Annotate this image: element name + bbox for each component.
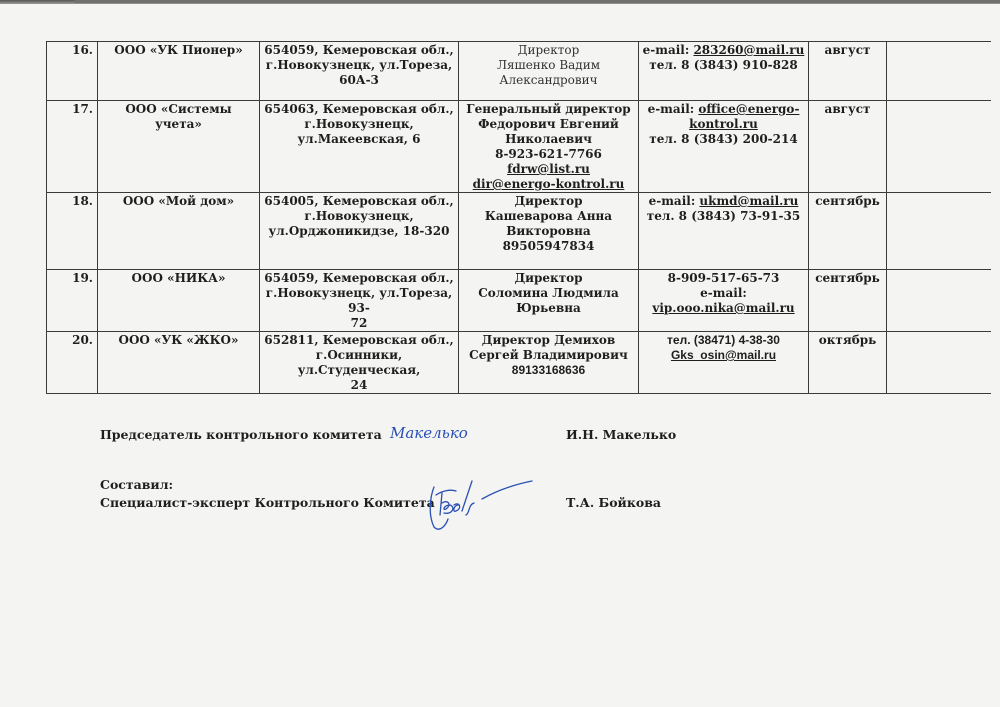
director-line: Директор Демихов (462, 333, 635, 348)
contacts-cell: e-mail: ukmd@mail.ruтел. 8 (3843) 73-91-… (639, 193, 809, 270)
contacts-cell: e-mail: office@energo-kontrol.ruтел. 8 (… (639, 101, 809, 193)
organization-name: ООО «УК Пионер» (98, 42, 260, 101)
compiled-label: Составил: (100, 477, 173, 492)
chairman-name: И.Н. Макелько (566, 427, 676, 442)
director-email-link[interactable]: dir@energo-kontrol.ru (462, 177, 635, 192)
chairman-title: Председатель контрольного комитета (100, 427, 382, 442)
inspection-month: август (809, 101, 887, 193)
phone-text: тел. 8 (3843) 73-91-35 (647, 209, 800, 223)
address-cell: 654059, Кемеровская обл.,г.Новокузнецк, … (260, 270, 459, 332)
contact-line: тел. 8 (3843) 910-828 (642, 58, 805, 73)
email-link[interactable]: vip.ooo.nika@mail.ru (652, 301, 794, 315)
contact-line: тел. 8 (3843) 200-214 (642, 132, 805, 147)
address-line: г.Новокузнецк, (263, 117, 455, 132)
phone-text: 8-909-517-65-73 (668, 271, 780, 285)
contact-line: kontrol.ru (642, 117, 805, 132)
address-line: г.Осинники, ул.Студенческая, (263, 348, 455, 378)
table-row: 20.ООО «УК «ЖКО»652811, Кемеровская обл.… (47, 332, 991, 394)
inspection-month: сентябрь (809, 193, 887, 270)
inspection-month: сентябрь (809, 270, 887, 332)
table-row: 18.ООО «Мой дом»654005, Кемеровская обл.… (47, 193, 991, 270)
empty-cell (887, 193, 991, 270)
row-number: 20. (47, 332, 98, 394)
address-line: 654063, Кемеровская обл., (263, 102, 455, 117)
row-number: 18. (47, 193, 98, 270)
empty-cell (887, 332, 991, 394)
director-line: Ляшенко Вадим (462, 58, 635, 73)
contact-line: 8-909-517-65-73 (642, 271, 805, 286)
director-cell: ДиректорСоломина ЛюдмилаЮрьевна (459, 270, 639, 332)
email-link[interactable]: kontrol.ru (689, 117, 758, 131)
address-line: 654059, Кемеровская обл., (263, 271, 455, 286)
director-cell: Генеральный директорФедорович ЕвгенийНик… (459, 101, 639, 193)
address-line: г.Новокузнецк, ул.Тореза, 93- (263, 286, 455, 316)
organization-name: ООО «УК «ЖКО» (98, 332, 260, 394)
address-cell: 654063, Кемеровская обл.,г.Новокузнецк,у… (260, 101, 459, 193)
specialist-name: Т.А. Бойкова (566, 495, 661, 510)
row-number: 17. (47, 101, 98, 193)
email-prefix: e-mail: (648, 102, 699, 116)
director-line: Сергей Владимирович (462, 348, 635, 363)
empty-cell (887, 101, 991, 193)
director-line: Федорович Евгений (462, 117, 635, 132)
specialist-title: Специалист-эксперт Контрольного Комитета (100, 495, 435, 510)
address-line: 72 (263, 316, 455, 331)
inspection-month: октябрь (809, 332, 887, 394)
address-cell: 654059, Кемеровская обл.,г.Новокузнецк, … (260, 42, 459, 101)
svg-text:Макелько: Макелько (389, 424, 468, 442)
address-line: ул.Макеевская, 6 (263, 132, 455, 147)
address-cell: 654005, Кемеровская обл.,г.Новокузнецк,у… (260, 193, 459, 270)
inspection-month: август (809, 42, 887, 101)
phone-text: тел. 8 (3843) 200-214 (649, 132, 797, 146)
director-line: Директор (462, 43, 635, 58)
phone-text: тел. 8 (3843) 910-828 (649, 58, 797, 72)
contacts-cell: тел. (38471) 4-38-30Gks_osin@mail.ru (639, 332, 809, 394)
contact-line: тел. 8 (3843) 73-91-35 (642, 209, 805, 224)
email-link[interactable]: Gks_osin@mail.ru (671, 348, 776, 362)
address-line: г.Новокузнецк, (263, 209, 455, 224)
organization-name: ООО «Мой дом» (98, 193, 260, 270)
address-line: ул.Орджоникидзе, 18-320 (263, 224, 455, 239)
contact-line: тел. (38471) 4-38-30 (642, 333, 805, 348)
empty-cell (887, 42, 991, 101)
address-line: 654059, Кемеровская обл., (263, 43, 455, 58)
director-line: Директор (462, 194, 635, 209)
director-cell: ДиректорЛяшенко ВадимАлександрович (459, 42, 639, 101)
email-prefix: e-mail: (643, 43, 694, 57)
email-link[interactable]: 283260@mail.ru (693, 43, 804, 57)
email-prefix: e-mail: (649, 194, 700, 208)
contacts-cell: 8-909-517-65-73e-mail:vip.ooo.nika@mail.… (639, 270, 809, 332)
organizations-table: 16.ООО «УК Пионер»654059, Кемеровская об… (46, 41, 991, 394)
organization-name: ООО «НИКА» (98, 270, 260, 332)
director-line: Александрович (462, 73, 635, 88)
contact-line: Gks_osin@mail.ru (642, 348, 805, 363)
contacts-cell: e-mail: 283260@mail.ruтел. 8 (3843) 910-… (639, 42, 809, 101)
contact-line: e-mail: ukmd@mail.ru (642, 194, 805, 209)
director-line: 89505947834 (462, 239, 635, 254)
director-line: 89133168636 (462, 363, 635, 378)
table-row: 17.ООО «Системы учета»654063, Кемеровска… (47, 101, 991, 193)
address-cell: 652811, Кемеровская обл.,г.Осинники, ул.… (260, 332, 459, 394)
contact-line: e-mail: 283260@mail.ru (642, 43, 805, 58)
organization-name: ООО «Системы учета» (98, 101, 260, 193)
address-line: 652811, Кемеровская обл., (263, 333, 455, 348)
row-number: 16. (47, 42, 98, 101)
director-line: Николаевич (462, 132, 635, 147)
director-line: Кашеварова Анна (462, 209, 635, 224)
email-link[interactable]: office@energo- (698, 102, 799, 116)
contact-line: e-mail: office@energo- (642, 102, 805, 117)
table-row: 16.ООО «УК Пионер»654059, Кемеровская об… (47, 42, 991, 101)
specialist-signature (420, 475, 540, 535)
phone-text: e-mail: (700, 286, 747, 300)
address-line: 60А-3 (263, 73, 455, 88)
address-line: 24 (263, 378, 455, 393)
director-line: Соломина Людмила (462, 286, 635, 301)
director-line: 8-923-621-7766 (462, 147, 635, 162)
scan-edge-shadow (75, 0, 1000, 3)
contact-line: e-mail: (642, 286, 805, 301)
contact-line: vip.ooo.nika@mail.ru (642, 301, 805, 316)
table-row: 19.ООО «НИКА»654059, Кемеровская обл.,г.… (47, 270, 991, 332)
director-line: Юрьевна (462, 301, 635, 316)
director-line: Директор (462, 271, 635, 286)
address-line: 654005, Кемеровская обл., (263, 194, 455, 209)
director-line: Генеральный директор (462, 102, 635, 117)
director-email-link[interactable]: fdrw@list.ru (462, 162, 635, 177)
empty-cell (887, 270, 991, 332)
director-cell: Директор ДемиховСергей Владимирович89133… (459, 332, 639, 394)
chairman-signature: Макелько (388, 418, 478, 448)
row-number: 19. (47, 270, 98, 332)
director-line: Викторовна (462, 224, 635, 239)
phone-text: тел. (38471) 4-38-30 (667, 333, 780, 347)
email-link[interactable]: ukmd@mail.ru (699, 194, 798, 208)
address-line: г.Новокузнецк, ул.Тореза, (263, 58, 455, 73)
director-cell: ДиректорКашеварова АннаВикторовна8950594… (459, 193, 639, 270)
